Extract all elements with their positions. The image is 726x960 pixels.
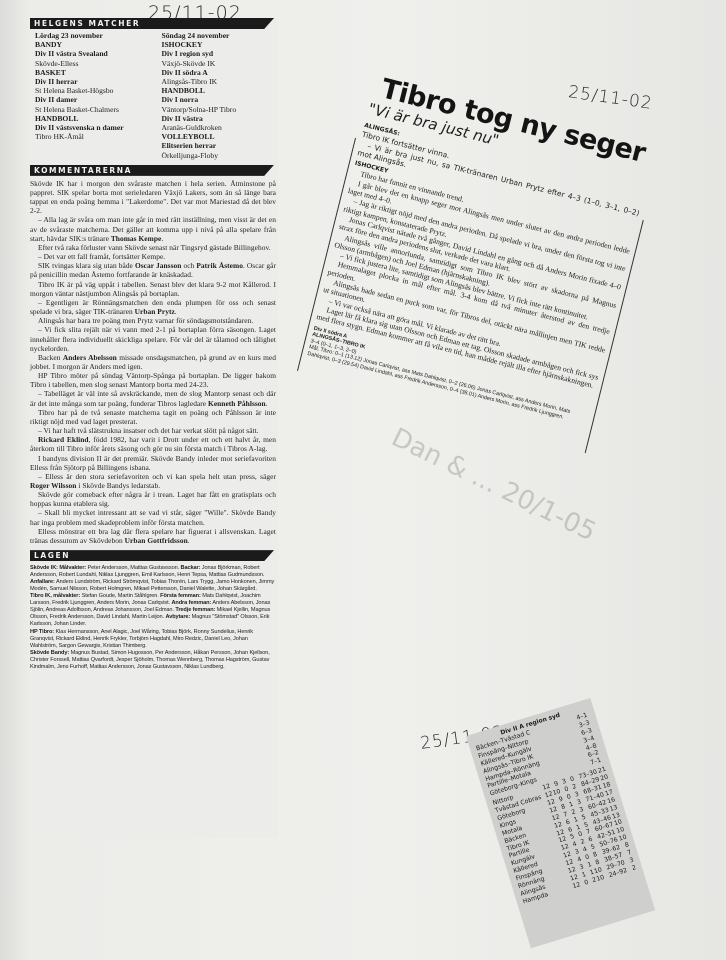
match-line: Alingsås-Tibro IK <box>162 77 273 86</box>
saturday-matches: Lördag 23 novemberBANDYDiv II västra Sve… <box>35 31 154 160</box>
commentary-paragraph: Skövde gör comeback efter några år i tre… <box>30 490 276 508</box>
match-line: Växjö-Skövde IK <box>162 59 273 68</box>
match-line: BASKET <box>35 68 154 77</box>
commentary-paragraph: Efter två raka förluster vann Skövde sen… <box>30 243 276 252</box>
match-line: Div II damer <box>35 95 154 104</box>
commentary-paragraph: Elless mönstrar ett bra lag där flera sp… <box>30 527 276 545</box>
section-header-kommentarerna: KOMMENTARERNA <box>30 165 274 176</box>
commentary-paragraph: – Det var ett fall framåt, fortsätter Ke… <box>30 252 276 261</box>
match-line: Elitserien herrar <box>162 141 273 150</box>
commentary-paragraph: – Alla lag är svåra om man inte går in m… <box>30 215 276 242</box>
commentary-paragraph: Tibro har på de två senaste matcherna ta… <box>30 408 276 426</box>
commentary-paragraph: – Elless är den stora seriefavoriten och… <box>30 472 276 490</box>
weekend-matches: Lördag 23 novemberBANDYDiv II västra Sve… <box>30 29 278 160</box>
match-line: Väntorp/Solna-HP Tibro <box>162 105 273 114</box>
section-header-helgens-matcher: HELGENS MATCHER <box>30 18 274 29</box>
commentary-paragraph: – Tabelläget är väl inte så avskräckande… <box>30 389 276 407</box>
commentary-paragraph: SIK tvingas klara sig utan både Oscar Ja… <box>30 261 276 279</box>
right-newspaper-clipping: Tibro tog ny seger "Vi är bra just nu" A… <box>290 70 663 472</box>
commentary-paragraph: Alingsås har bara tre poäng men Prytz va… <box>30 316 276 325</box>
match-line: Söndag 24 november <box>162 31 273 40</box>
commentary-paragraph: I bandyns division II är det premiär. Sk… <box>30 454 276 472</box>
match-line: St Helena Basket-Chalmers <box>35 105 154 114</box>
match-line: HANDBOLL <box>162 86 273 95</box>
commentary-paragraph: Tibro IK är på väg uppåt i tabellen. Sen… <box>30 280 276 298</box>
match-line: Div I region syd <box>162 49 273 58</box>
match-line: Tibro HK-Åmål <box>35 132 154 141</box>
commentary-paragraph: – Vi fick slita rejält när vi vann med 2… <box>30 325 276 352</box>
commentary-paragraph: HP Tibro möter på söndag Väntorp-Spånga … <box>30 371 276 389</box>
match-line: Skövde-Elless <box>35 59 154 68</box>
points: 2 <box>626 864 637 874</box>
commentary-article: Skövde IK har i morgon den svåraste matc… <box>30 176 278 545</box>
team-lineup: HP Tibro: Klas Hermansson, Anel Alagic, … <box>30 629 276 650</box>
commentary-paragraph: – Skall bli mycket intressant att se vad… <box>30 508 276 526</box>
match-line: Div II herrar <box>35 77 154 86</box>
match-line: HANDBOLL <box>35 114 154 123</box>
team-lineup: Skövde Bandy: Magnus Bustad, Simon Hugos… <box>30 650 276 671</box>
team-lineups: Skövde IK: Målvakter: Peter Andersson, M… <box>30 561 278 671</box>
match-line: Div II södra A <box>162 68 273 77</box>
commentary-paragraph: Backen Anders Abelsson missade onsdagsma… <box>30 353 276 371</box>
handwritten-date-right: 25/11-02 <box>567 82 654 114</box>
commentary-paragraph: Skövde IK har i morgon den svåraste matc… <box>30 179 276 216</box>
commentary-paragraph: Rickard Eklind, född 1982, har varit i D… <box>30 435 276 453</box>
match-line: Div II västsvenska n damer <box>35 123 154 132</box>
commentary-paragraph: – Egentligen är Rönnängsmatchen den enda… <box>30 298 276 316</box>
match-line: ISHOCKEY <box>162 40 273 49</box>
sunday-matches: Söndag 24 novemberISHOCKEYDiv I region s… <box>154 31 273 160</box>
match-line: VOLLEYBOLL <box>162 132 273 141</box>
match-line: Örkelljunga-Floby <box>162 151 273 160</box>
team-lineup: Skövde IK: Målvakter: Peter Andersson, M… <box>30 565 276 593</box>
section-header-lagen: LAGEN <box>30 550 274 561</box>
match-line: Div II västra Svealand <box>35 49 154 58</box>
standings-clipping: Div II A region syd Bäcken–Tvåstad Cobra… <box>466 698 655 948</box>
left-newspaper-clipping: HELGENS MATCHER Lördag 23 novemberBANDYD… <box>30 18 278 838</box>
match-line: Aranäs-Guldkroken <box>162 123 273 132</box>
commentary-paragraph: – Vi har haft två slätstrukna insatser o… <box>30 426 276 435</box>
team-lineup: Tibro IK, målvakter: Stefan Goude, Marti… <box>30 593 276 628</box>
match-line: St Helena Basket-Högsbo <box>35 86 154 95</box>
match-line: Div II västra <box>162 114 273 123</box>
match-line: Lördag 23 november <box>35 31 154 40</box>
match-line: Div I norra <box>162 95 273 104</box>
match-line: BANDY <box>35 40 154 49</box>
